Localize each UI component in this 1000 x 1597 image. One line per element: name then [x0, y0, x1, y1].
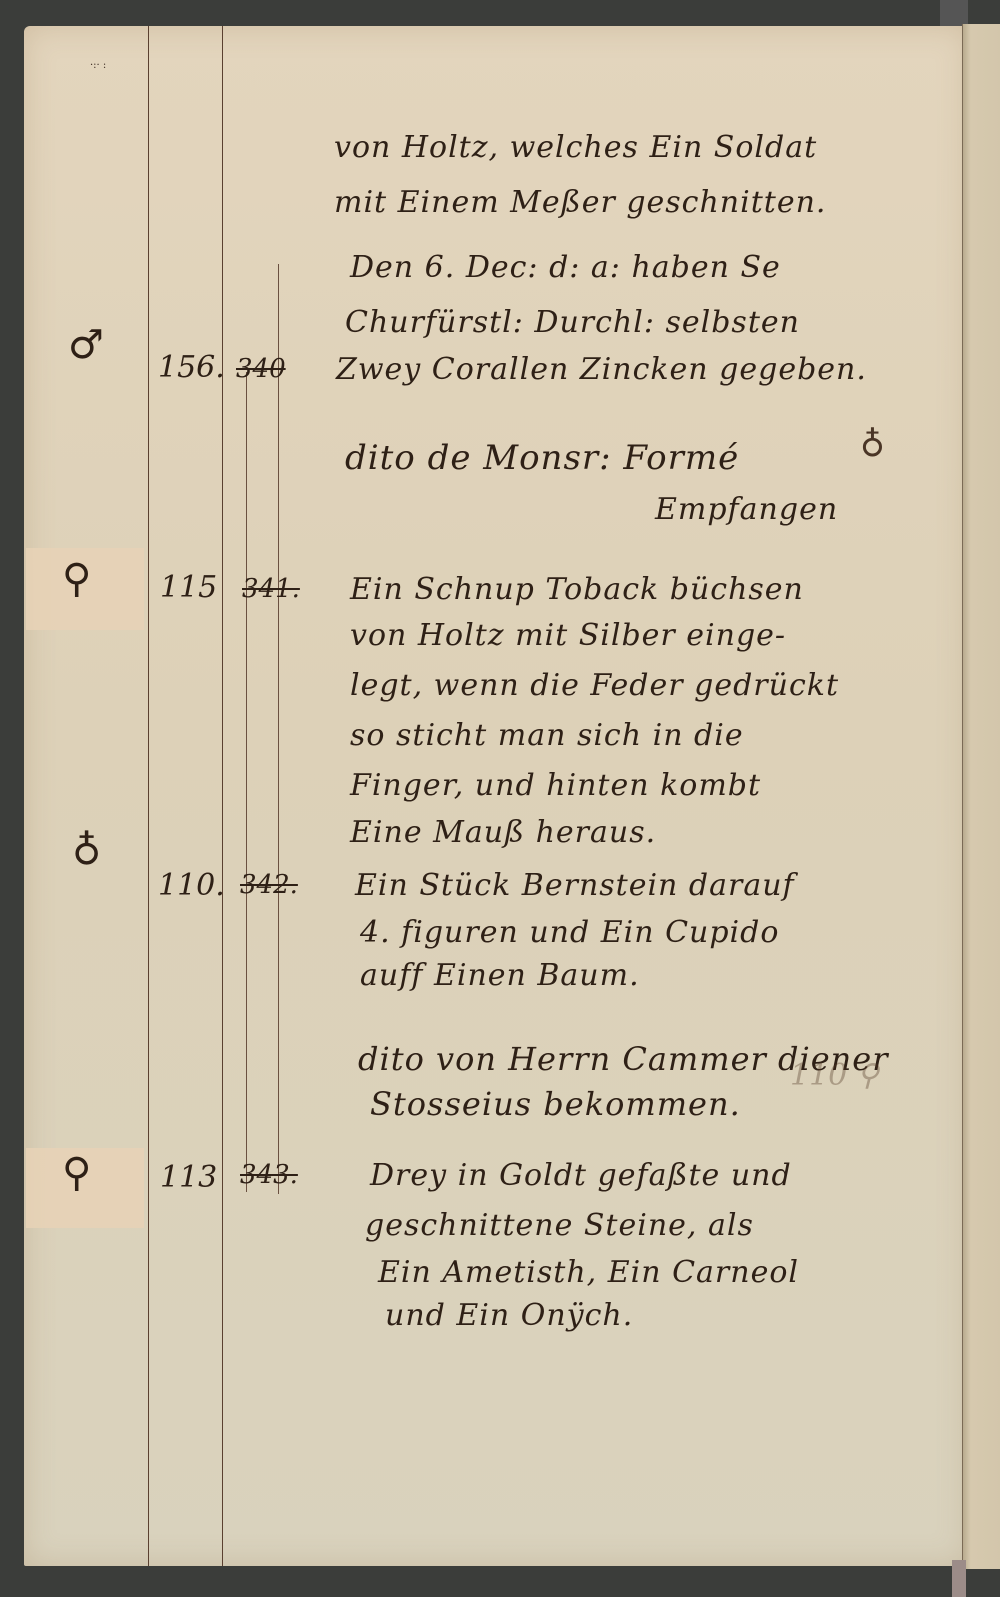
margin-rule-1	[148, 26, 149, 1566]
entry-text: so sticht man sich in die	[350, 718, 744, 753]
margin-rule-2	[222, 26, 223, 1566]
entry-text: Ein Schnup Toback büchsen	[350, 572, 804, 607]
date-heading: Den 6. Dec: d: a: haben Se	[350, 250, 781, 285]
entry-text: Drey in Goldt gefaßte und	[370, 1158, 792, 1193]
entry-number: 115	[160, 570, 217, 605]
dito-heading: Stosseius bekommen.	[370, 1085, 741, 1123]
next-page-edge	[962, 24, 1000, 1569]
corner-marks: ·:· :	[90, 60, 106, 71]
bleed-through-mark: 110 ⚲	[790, 1058, 879, 1093]
entry-text: Eine Mauß heraus.	[350, 815, 656, 850]
number-column-rule-2	[278, 264, 279, 1194]
mars-symbol-icon: ♂	[68, 322, 104, 368]
entry-text: von Holtz mit Silber einge-	[350, 618, 786, 653]
old-number-struck: 342.	[240, 870, 298, 900]
square-cross-symbol-icon: ⚲	[62, 1150, 91, 1196]
entry-text: 4. figuren und Ein Cupido	[360, 915, 779, 950]
dito-heading: Empfangen	[655, 492, 838, 527]
entry-number: 113	[160, 1160, 217, 1195]
entry-text: und Ein Onÿch.	[385, 1298, 633, 1333]
binding-tab-top	[940, 0, 968, 26]
binding-tab-bottom	[952, 1560, 966, 1597]
old-number-struck: 340	[236, 354, 286, 384]
entry-text: Finger, und hinten kombt	[350, 768, 761, 803]
entry-text: legt, wenn die Feder gedrückt	[350, 668, 839, 703]
square-cross-symbol-icon: ⚲	[62, 556, 91, 602]
earth-symbol-icon: ♁	[72, 828, 101, 874]
text-line: mit Einem Meßer geschnitten.	[334, 185, 826, 220]
entry-text: geschnittene Steine, als	[365, 1208, 754, 1243]
old-number-struck: 341.	[242, 574, 300, 604]
earth-symbol-icon: ♁	[860, 425, 885, 465]
entry-text: Ein Stück Bernstein darauf	[355, 868, 795, 903]
dito-heading: dito de Monsr: Formé	[345, 438, 739, 478]
entry-number: 110.	[158, 868, 225, 903]
date-heading: Churfürstl: Durchl: selbsten	[345, 305, 800, 340]
entry-text: Zwey Corallen Zincken gegeben.	[336, 352, 867, 387]
number-column-rule-1	[246, 372, 247, 1192]
old-number-struck: 343.	[240, 1160, 298, 1190]
entry-text: auff Einen Baum.	[360, 958, 640, 993]
text-line: von Holtz, welches Ein Soldat	[334, 130, 817, 165]
entry-number: 156.	[158, 350, 225, 385]
entry-text: Ein Ametisth, Ein Carneol	[378, 1255, 799, 1290]
